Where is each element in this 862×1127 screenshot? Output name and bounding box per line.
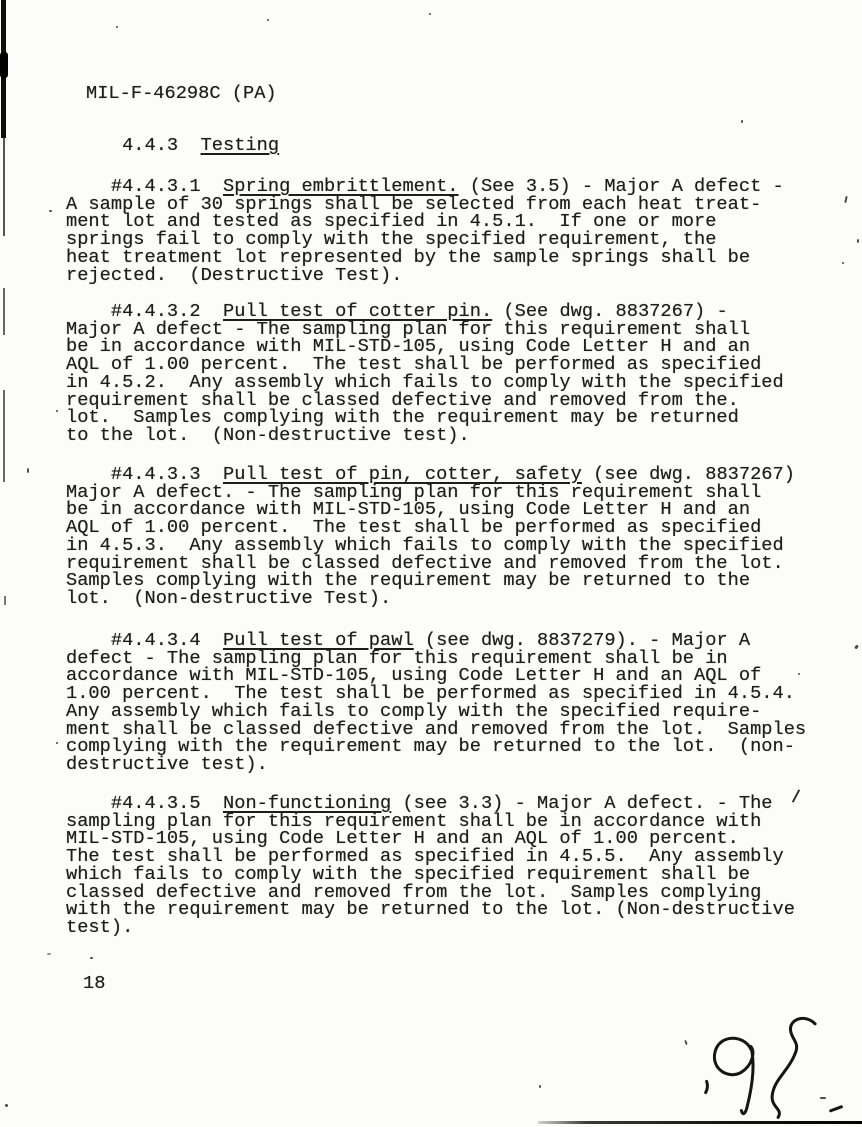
paragraph-4432: #4.4.3.2 Pull test of cotter pin. (See d… [66,303,784,445]
section-number: 4.4.3 [66,134,201,156]
paragraph-body: (see dwg. 8837279). - Major A defect - T… [66,629,806,775]
paragraph-4433: #4.4.3.3 Pull test of pin, cotter, safet… [66,466,795,608]
paragraph-4431: #4.4.3.1 Spring embrittlement. (See 3.5)… [66,178,784,284]
scan-speck [844,196,847,203]
scan-speck [539,1085,541,1088]
page-number: 18 [83,975,105,993]
scan-bottom-edge-line [538,1121,862,1124]
scan-speck [857,239,859,243]
scan-edge-line [3,390,5,482]
scan-speck [27,468,29,473]
scan-edge-blob [0,52,8,78]
scan-speck [842,262,844,264]
scan-speck [267,19,269,21]
scan-speck [90,957,93,959]
paragraph-body: (see 3.3) - Major A defect. - The sampli… [66,792,795,938]
scan-speck [116,26,118,28]
paragraph-4434: #4.4.3.4 Pull test of pawl (see dwg. 883… [66,632,806,774]
scan-speck [798,673,800,675]
scan-speck [684,1040,688,1045]
scan-edge-line [3,288,5,335]
document-id-header: MIL-F-46298C (PA) [86,85,277,103]
scan-speck [56,742,58,744]
scan-edge-tick [4,596,6,605]
scan-speck [741,120,743,123]
scan-speck [47,953,51,955]
handwritten-95-mark [689,1012,850,1127]
scan-speck [5,1104,8,1107]
paragraph-4435: #4.4.3.5 Non-functioning (see 3.3) - Maj… [66,795,795,937]
scan-speck [49,210,52,212]
section-heading: 4.4.3 Testing [66,137,279,155]
paragraph-body: (see dwg. 8837267) Major A defect. - The… [66,463,795,609]
scanned-document-page: MIL-F-46298C (PA) 4.4.3 Testing #4.4.3.1… [0,0,862,1127]
scan-speck [56,410,58,412]
scan-edge-line [3,138,5,236]
section-title: Testing [201,134,280,156]
scan-speck [854,645,859,650]
scan-speck [429,13,431,15]
scan-speck [820,1097,826,1099]
paragraph-body: (See dwg. 8837267) - Major A defect - Th… [66,300,784,446]
